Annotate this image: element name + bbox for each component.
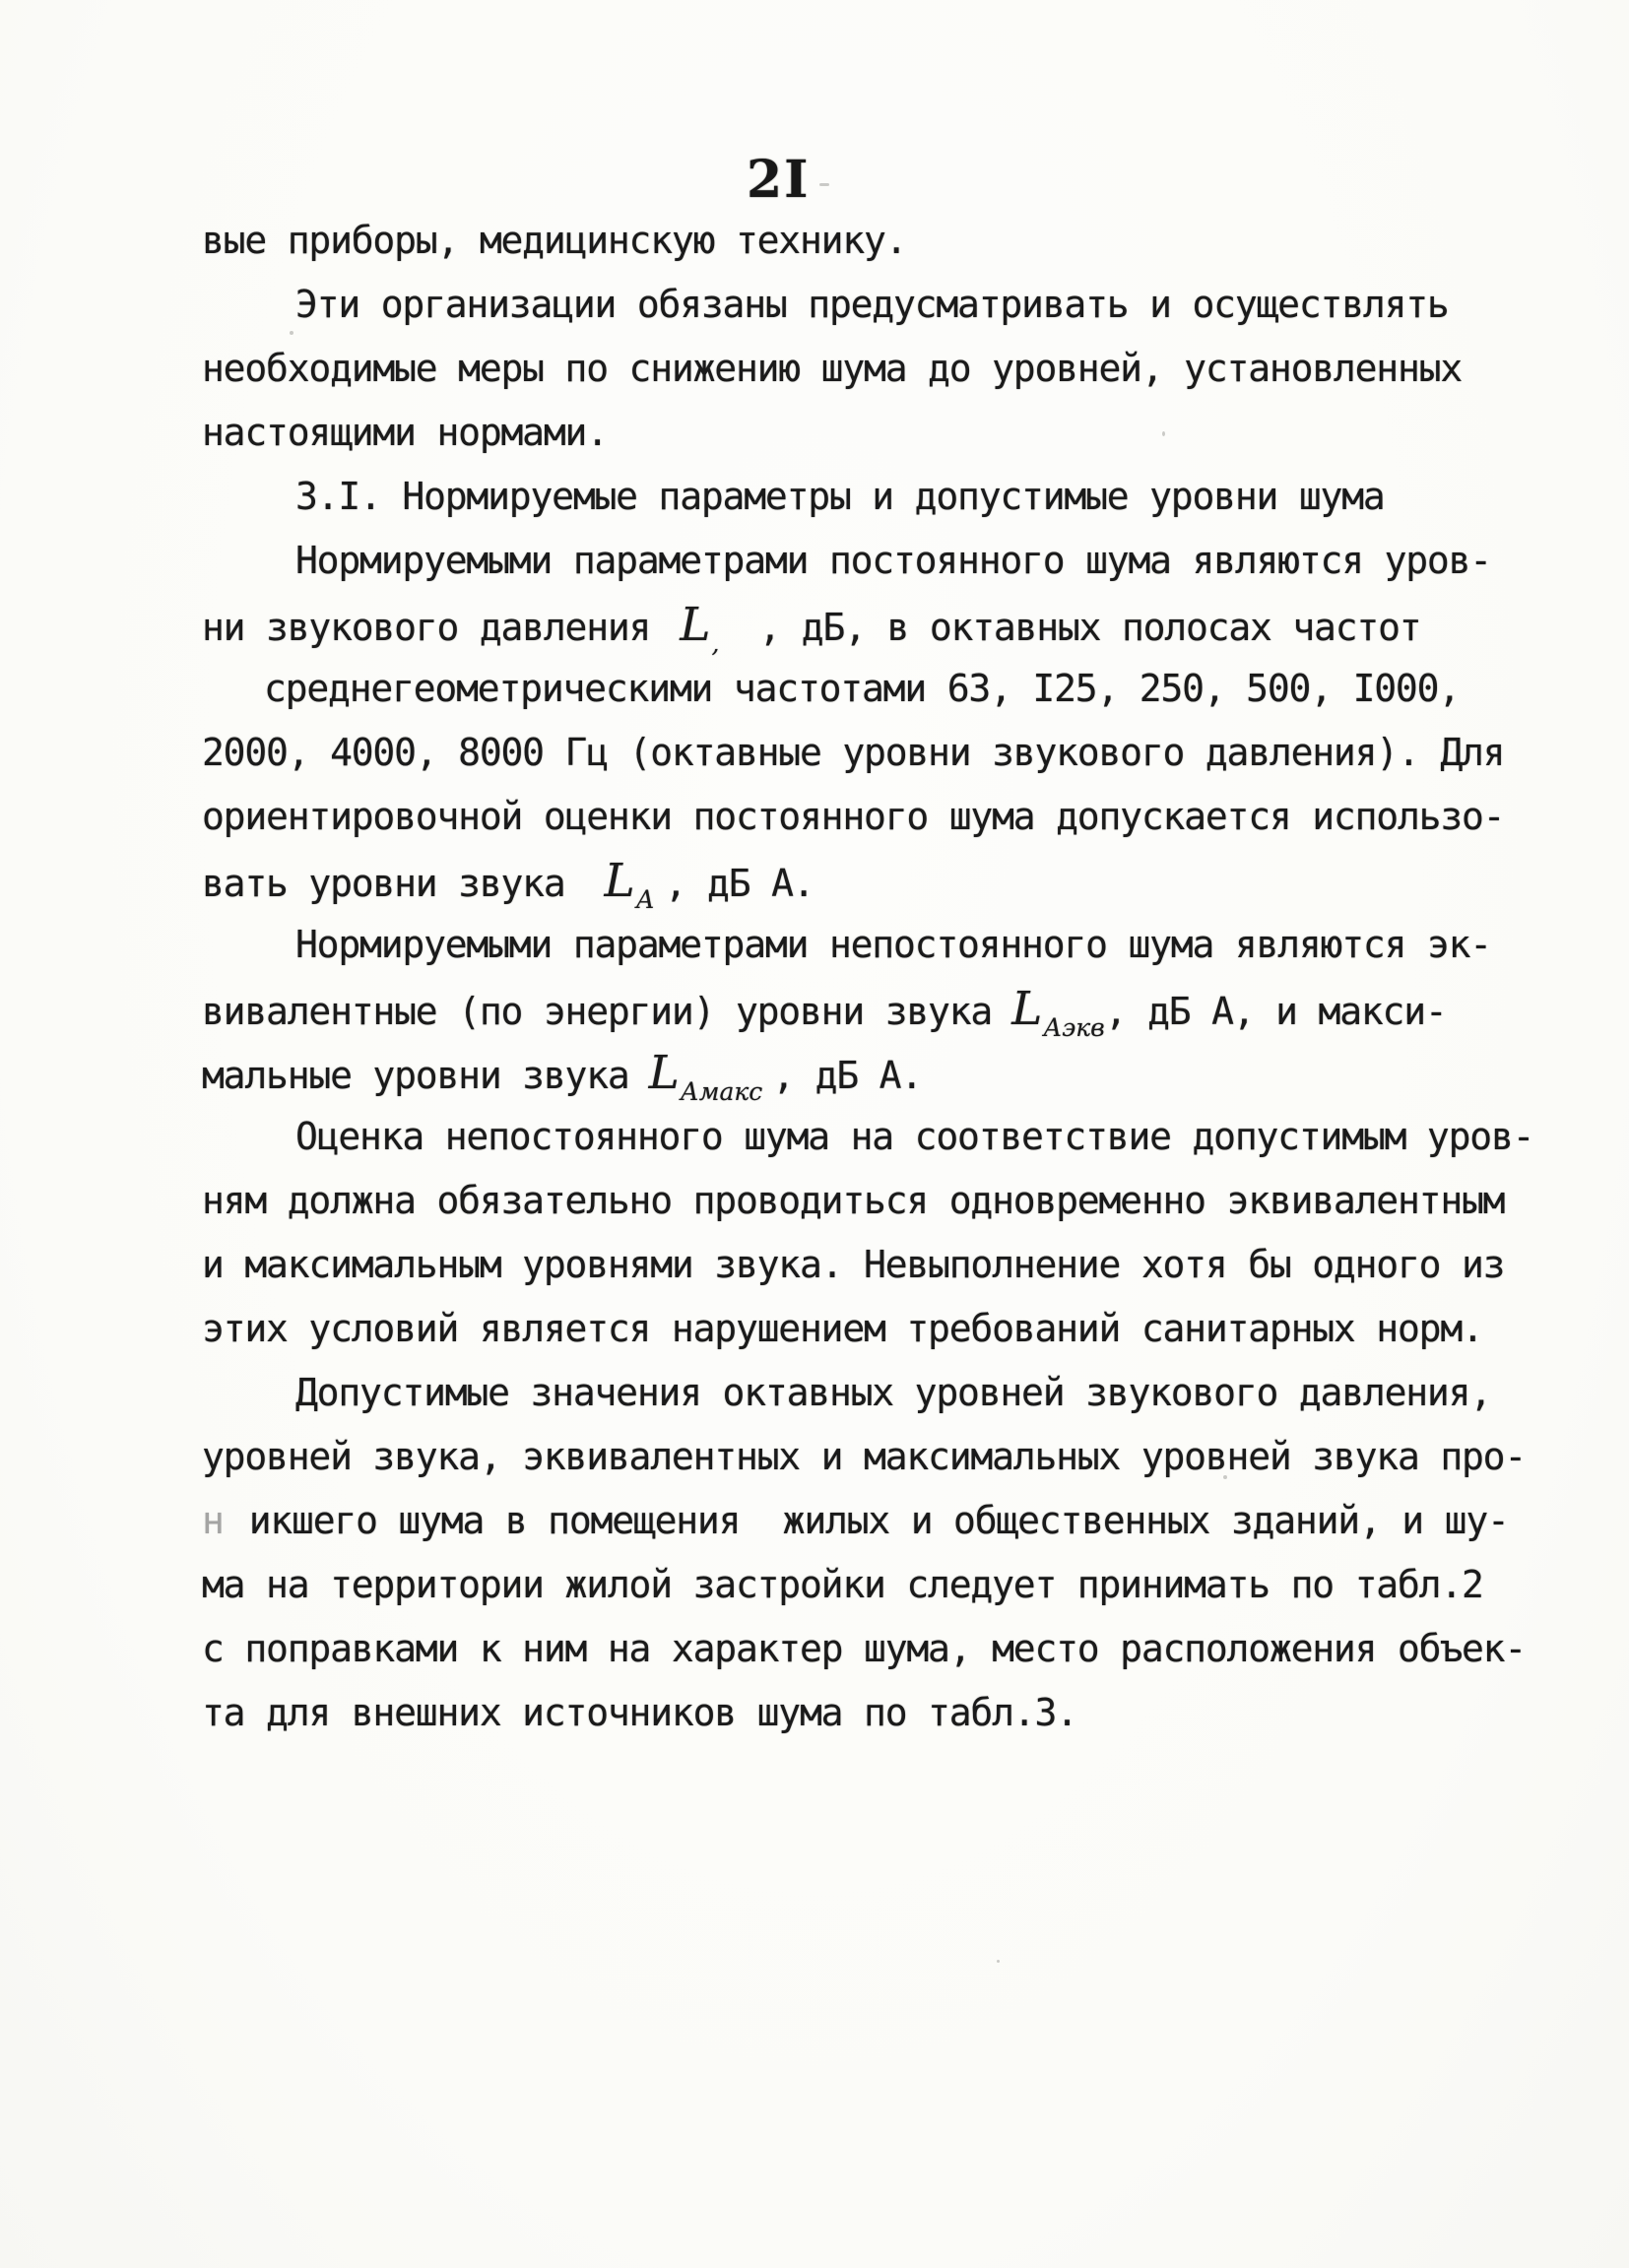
text-line-content: Нормируемыми параметрами непостоянного ш… [295,923,1491,966]
formula-subscript: Аэкв [1043,1013,1104,1042]
text-line-content: среднегеометрическими частотами 63, I25,… [264,667,1460,710]
text-line-content: этих условий является нарушением требова… [202,1307,1483,1350]
text-line: Допустимые значения октавных уровней зву… [202,1361,1491,1425]
text-line-content: 2000, 4000, 8000 Гц (октавные уровни зву… [202,731,1504,774]
text-line-content: ма на территории жилой застройки следует… [202,1563,1483,1606]
text-line: уровней звука, эквивалентных и максималь… [202,1425,1526,1489]
text-line: этих условий является нарушением требова… [202,1297,1483,1361]
section-heading-3-1: 3.I. Нормируемые параметры и допустимые … [202,465,1385,529]
text-line-content: вать уровни звука [202,862,565,905]
text-line-content: и максимальным уровнями звука. Невыполне… [202,1243,1504,1286]
formula-L-symbol: L [649,1046,680,1100]
text-line-content: , дБ А. [772,1054,922,1097]
text-line-content: уровней звука, эквивалентных и максималь… [202,1435,1526,1478]
text-line-content: вивалентные (по энергии) уровни звука [202,990,992,1033]
text-line: Эти организации обязаны предусматривать … [202,273,1449,337]
faded-character: н [202,1499,224,1542]
text-line: никшего шума в помещения жилых и обществ… [202,1489,1509,1553]
text-line: настоящими нормами. [202,401,608,465]
text-line-content: необходимые меры по снижению шума до уро… [202,347,1462,390]
formula-subscript: , [711,629,719,658]
scan-speckle [819,183,829,186]
text-line-content: Эти организации обязаны предусматривать … [295,283,1449,326]
section-heading-text: 3.I. Нормируемые параметры и допустимые … [295,475,1385,518]
text-line-content: настоящими нормами. [202,411,608,454]
text-line-content: , дБ А. [665,862,814,905]
text-line-content: икшего шума в помещения жилых и обществе… [249,1499,1509,1542]
text-line: та для внешних источников шума по табл.3… [202,1681,1077,1745]
text-line-content: мальные уровни звука [202,1054,629,1097]
text-line: среднегеометрическими частотами 63, I25,… [202,657,1460,721]
scan-speckle [997,1960,1000,1963]
text-line: вые приборы, медицинскую технику. [202,209,906,273]
text-line: ма на территории жилой застройки следует… [202,1553,1483,1617]
text-line: с поправками к ним на характер шума, мес… [202,1617,1526,1681]
text-line-content: ориентировочной оценки постоянного шума … [202,795,1504,838]
text-line: и максимальным уровнями звука. Невыполне… [202,1233,1504,1297]
text-line: Оценка непостоянного шума на соответстви… [202,1105,1533,1169]
text-line-content: Нормируемыми параметрами постоянного шум… [295,539,1491,582]
formula-L-symbol: L [605,854,635,908]
formula-L-symbol: L [680,598,710,652]
formula-subscript: А [636,885,655,914]
text-line: необходимые меры по снижению шума до уро… [202,337,1462,401]
text-line-content: вые приборы, медицинскую технику. [202,219,906,262]
text-line: Нормируемыми параметрами непостоянного ш… [202,913,1491,977]
formula-L-symbol: L [1011,982,1042,1036]
text-line-content: Допустимые значения октавных уровней зву… [295,1371,1491,1414]
text-line-content: ни звукового давления [202,606,650,649]
text-line: Нормируемыми параметрами постоянного шум… [202,529,1491,593]
document-text-block: вые приборы, медицинскую технику. Эти ор… [202,209,1561,1784]
scanned-document-page: 2I вые приборы, медицинскую технику. Эти… [0,0,1629,2268]
text-line-content: , дБ, в октавных полосах частот [758,606,1420,649]
formula-subscript: Амакс [681,1077,763,1106]
text-line: ориентировочной оценки постоянного шума … [202,785,1504,849]
page-number: 2I [747,148,811,212]
text-line: 2000, 4000, 8000 Гц (октавные уровни зву… [202,721,1504,785]
text-line-content: Оценка непостоянного шума на соответстви… [295,1115,1533,1158]
text-line-content: та для внешних источников шума по табл.3… [202,1691,1077,1734]
text-line: ням должна обязательно проводиться однов… [202,1169,1504,1233]
text-line-content: , дБ А, и макси- [1105,990,1447,1033]
text-line-content: ням должна обязательно проводиться однов… [202,1179,1504,1222]
text-line-content: с поправками к ним на характер шума, мес… [202,1627,1526,1670]
formula-equivalent-sound-level-LAeq: LАэкв [1011,977,1105,1060]
